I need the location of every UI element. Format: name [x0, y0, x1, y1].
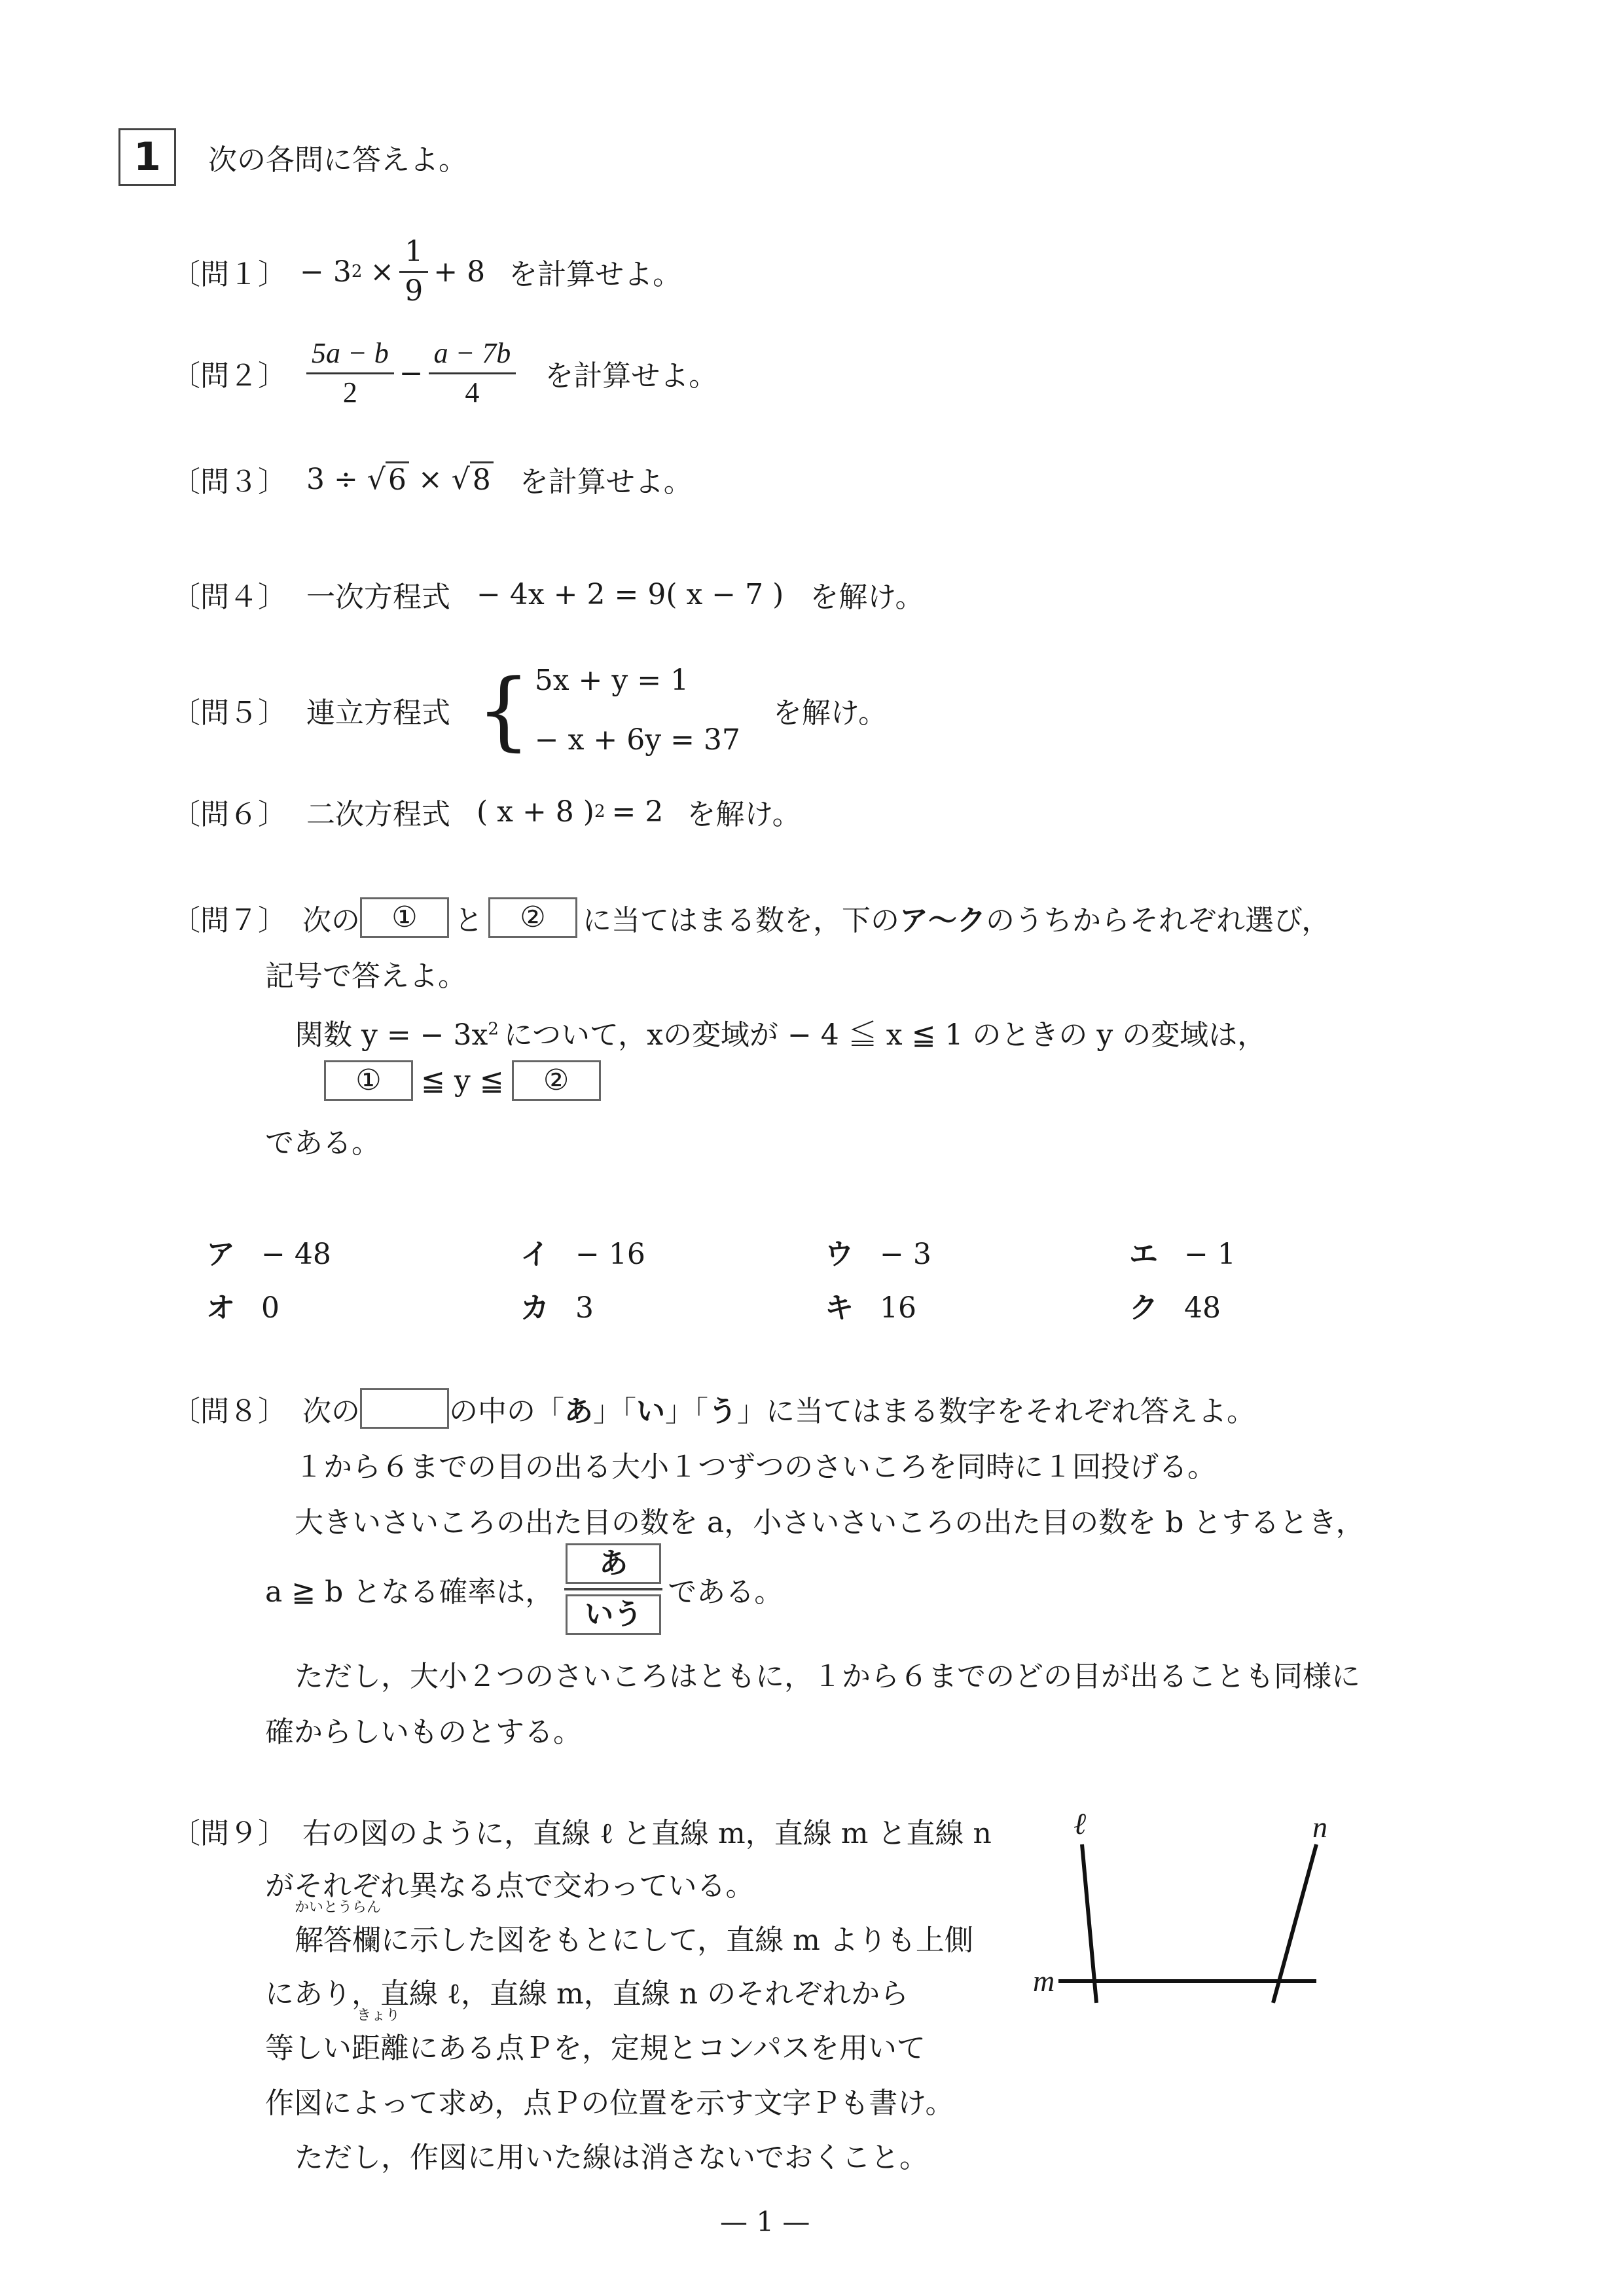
question-7-line-1: 〔問７〕 次の ① と ② に当てはまる数を，下の ア〜ク のうちからそれぞれ選… — [171, 897, 1330, 939]
q5-brace: { — [477, 668, 531, 753]
question-3: 〔問３〕 3 ÷ √6 × √8 を計算せよ。 — [171, 458, 693, 500]
q1-expr-prefix: − 3 — [300, 255, 352, 289]
q8-answer-numerator: あ — [566, 1543, 661, 1584]
q8-line-2: １から６までの目の出る大小１つずつのさいころを同時に１回投げる。 — [295, 1443, 1216, 1485]
q9-line-6: 作図によって求め，点Ｐの位置を示す文字Ｐも書け。 — [265, 2079, 954, 2121]
section-number-box: 1 — [118, 128, 176, 186]
choice-value: − 16 — [575, 1238, 645, 1271]
q5-instruction: を解け。 — [773, 689, 887, 731]
q1-label: 〔問１〕 — [171, 251, 287, 293]
q8-line-6: 確からしいものとする。 — [265, 1708, 582, 1750]
q7-choice-ka: カ3 — [520, 1284, 594, 1326]
choice-value: 3 — [575, 1291, 594, 1325]
q7-range-blank-2: ② — [512, 1060, 601, 1101]
q4-equation: − 4x + 2 = 9( x − 7 ) — [477, 578, 784, 611]
choice-key: ウ — [825, 1238, 854, 1271]
q5-eq1: 5x + y = 1 — [535, 664, 740, 697]
q8-text-b: の中の「 — [449, 1388, 564, 1429]
q3-label: 〔問３〕 — [171, 458, 287, 500]
q7-line-5: である。 — [265, 1119, 380, 1161]
q9-figure-label-m: m — [1033, 1964, 1055, 1998]
q2-frac2-num: a − 7b — [429, 338, 516, 374]
q6-exponent: 2 — [594, 802, 605, 821]
q1-expr-suffix: + 8 — [433, 255, 485, 289]
q8-key-a: あ — [564, 1388, 593, 1429]
q7-text-d: のうちからそれぞれ選び， — [986, 897, 1330, 939]
q3-sqrt-2: 8 — [470, 461, 494, 497]
q9-line-7: ただし，作図に用いた線は消さないでおくこと。 — [295, 2134, 928, 2176]
choice-value: − 1 — [1184, 1238, 1236, 1271]
q6-rhs: = 2 — [612, 795, 664, 829]
choice-key: ア — [206, 1238, 235, 1271]
question-2: 〔問２〕 5a − b 2 − a − 7b 4 を計算せよ。 — [171, 337, 717, 409]
q7-choice-range: ア〜ク — [899, 897, 986, 939]
q8-line-4: a ≧ b となる確率は， あ いう である。 — [265, 1543, 783, 1635]
q5-label: 〔問５〕 — [171, 689, 287, 731]
choice-key: オ — [206, 1291, 235, 1325]
q5-kind: 連立方程式 — [306, 689, 450, 731]
q2-fraction-1: 5a − b 2 — [306, 338, 394, 408]
q7-choice-o: オ0 — [206, 1284, 280, 1326]
question-4: 〔問４〕 一次方程式 − 4x + 2 = 9( x − 7 ) を解け。 — [171, 573, 924, 615]
question-1: 〔問１〕 − 32 × 1 9 + 8 を計算せよ。 — [171, 236, 681, 308]
choice-key: エ — [1129, 1238, 1158, 1271]
q9-figure-label-l: ℓ — [1074, 1806, 1086, 1841]
q1-frac-den: 9 — [405, 273, 423, 307]
q8-key-u: う — [708, 1388, 737, 1429]
q7-choice-e: エ− 1 — [1129, 1230, 1236, 1272]
q1-frac-num: 1 — [399, 236, 428, 272]
q8-answer-fraction: あ いう — [564, 1543, 662, 1635]
q8-prob-suffix: である。 — [668, 1568, 783, 1610]
q9-line-3: 解答欄に示した図をもとにして，直線 m よりも上側 — [295, 1916, 973, 1958]
q9-line-5: 等しい距離にある点Ｐを，定規とコンパスを用いて — [265, 2024, 926, 2066]
q8-answer-denominator: いう — [566, 1594, 661, 1635]
q7-choice-i: イ− 16 — [520, 1230, 645, 1272]
q2-fraction-2: a − 7b 4 — [429, 338, 516, 408]
q3-instruction: を計算せよ。 — [520, 458, 693, 500]
question-9-line-1: 〔問９〕 右の図のように，直線 ℓ と直線 m，直線 m と直線 n — [171, 1810, 992, 1852]
section-instruction: 次の各問に答えよ。 — [208, 136, 467, 178]
q8-text-c: 」に当てはまる数字をそれぞれ答えよ。 — [737, 1388, 1255, 1429]
q7-text-b: と — [454, 897, 483, 939]
choice-key: キ — [825, 1291, 854, 1325]
q6-label: 〔問６〕 — [171, 791, 287, 833]
q9-ruby-kyori: きょり — [357, 2004, 400, 2024]
q8-blank-box — [360, 1388, 449, 1429]
q8-key-i: い — [636, 1388, 665, 1429]
q8-line-3: 大きいさいころの出た目の数を a，小さいさいころの出た目の数を b とするとき， — [295, 1499, 1365, 1541]
q8-line-5: ただし，大小２つのさいころはともに，１から６までのどの目が出ることも同様に — [295, 1653, 1360, 1695]
q9-figure-label-n: n — [1312, 1810, 1327, 1844]
question-5: 〔問５〕 連立方程式 { 5x + y = 1 − x + 6y = 37 を解… — [171, 674, 887, 746]
q5-eq2: − x + 6y = 37 — [535, 723, 740, 757]
q4-instruction: を解け。 — [810, 573, 924, 615]
q6-instruction: を解け。 — [687, 791, 801, 833]
q7-choice-u: ウ− 3 — [825, 1230, 931, 1272]
q2-frac1-num: 5a − b — [306, 338, 394, 374]
q8-fraction-bar — [564, 1588, 662, 1590]
choice-value: 0 — [261, 1291, 280, 1325]
q8-prob-text: a ≧ b となる確率は， — [265, 1568, 554, 1610]
q7-text-c: に当てはまる数を，下の — [583, 897, 899, 939]
q7-text-a: 次の — [302, 897, 360, 939]
q7-line-3: 関数 y = − 3x2について，xの変域が − 4 ≦ x ≦ 1 のときの … — [295, 1011, 1266, 1053]
q8-label: 〔問８〕 — [171, 1388, 287, 1429]
q1-exponent: 2 — [352, 262, 363, 281]
page-number: — 1 — — [720, 2206, 810, 2238]
q7-function-text: 関数 y = − 3x — [295, 1018, 488, 1052]
q7-range-blank-1: ① — [324, 1060, 413, 1101]
choice-key: カ — [520, 1291, 549, 1325]
q7-choice-a: ア− 48 — [206, 1230, 331, 1272]
q7-blank-2: ② — [488, 897, 577, 938]
q9-ruby-kaitouran: かいとうらん — [295, 1896, 381, 1916]
q2-operator: − — [399, 357, 424, 390]
choice-value: − 3 — [880, 1238, 931, 1271]
q7-range-mid: ≦ y ≦ — [421, 1064, 504, 1098]
q7-blank-1: ① — [360, 897, 449, 938]
q9-figure: ℓ n m — [1015, 1780, 1440, 2029]
q1-times: × — [370, 255, 394, 289]
q7-range-line: ① ≦ y ≦ ② — [324, 1060, 601, 1101]
choice-key: ク — [1129, 1291, 1158, 1325]
q7-choice-ki: キ16 — [825, 1284, 916, 1326]
choice-value: − 48 — [261, 1238, 331, 1271]
q7-line-2: 記号で答えよ。 — [265, 952, 467, 994]
q2-frac2-den: 4 — [465, 374, 479, 408]
q7-function-exponent: 2 — [488, 1019, 499, 1039]
q7-domain-text: について，xの変域が − 4 ≦ x ≦ 1 のときの y の変域は， — [504, 1018, 1266, 1052]
q5-system: 5x + y = 1 − x + 6y = 37 — [535, 664, 740, 757]
question-6: 〔問６〕 二次方程式 ( x + 8 )2 = 2 を解け。 — [171, 791, 801, 833]
q8-sep-2: 」「 — [665, 1388, 708, 1429]
q4-kind: 一次方程式 — [306, 573, 450, 615]
q6-equation-base: ( x + 8 ) — [477, 795, 594, 829]
q9-text-1: 右の図のように，直線 ℓ と直線 m，直線 m と直線 n — [302, 1810, 992, 1852]
q1-instruction: を計算せよ。 — [509, 251, 681, 293]
q6-kind: 二次方程式 — [306, 791, 450, 833]
q1-fraction: 1 9 — [399, 236, 428, 307]
q7-choice-ku: ク48 — [1129, 1284, 1221, 1326]
choice-key: イ — [520, 1238, 549, 1271]
q3-sqrt-1: 6 — [386, 461, 409, 497]
question-8-line-1: 〔問８〕 次の の中の「あ」「い」「う」に当てはまる数字をそれぞれ答えよ。 — [171, 1388, 1255, 1429]
choice-value: 48 — [1184, 1291, 1221, 1325]
q2-label: 〔問２〕 — [171, 352, 287, 394]
q4-label: 〔問４〕 — [171, 573, 287, 615]
q3-expr-b: × √ — [418, 463, 470, 496]
q9-label: 〔問９〕 — [171, 1810, 287, 1852]
q7-label: 〔問７〕 — [171, 897, 287, 939]
choice-value: 16 — [880, 1291, 916, 1325]
q2-frac1-den: 2 — [343, 374, 357, 408]
q8-text-a: 次の — [302, 1388, 360, 1429]
q3-expr-a: 3 ÷ √ — [306, 463, 386, 496]
q2-instruction: を計算せよ。 — [545, 352, 717, 394]
q8-sep-1: 」「 — [593, 1388, 636, 1429]
